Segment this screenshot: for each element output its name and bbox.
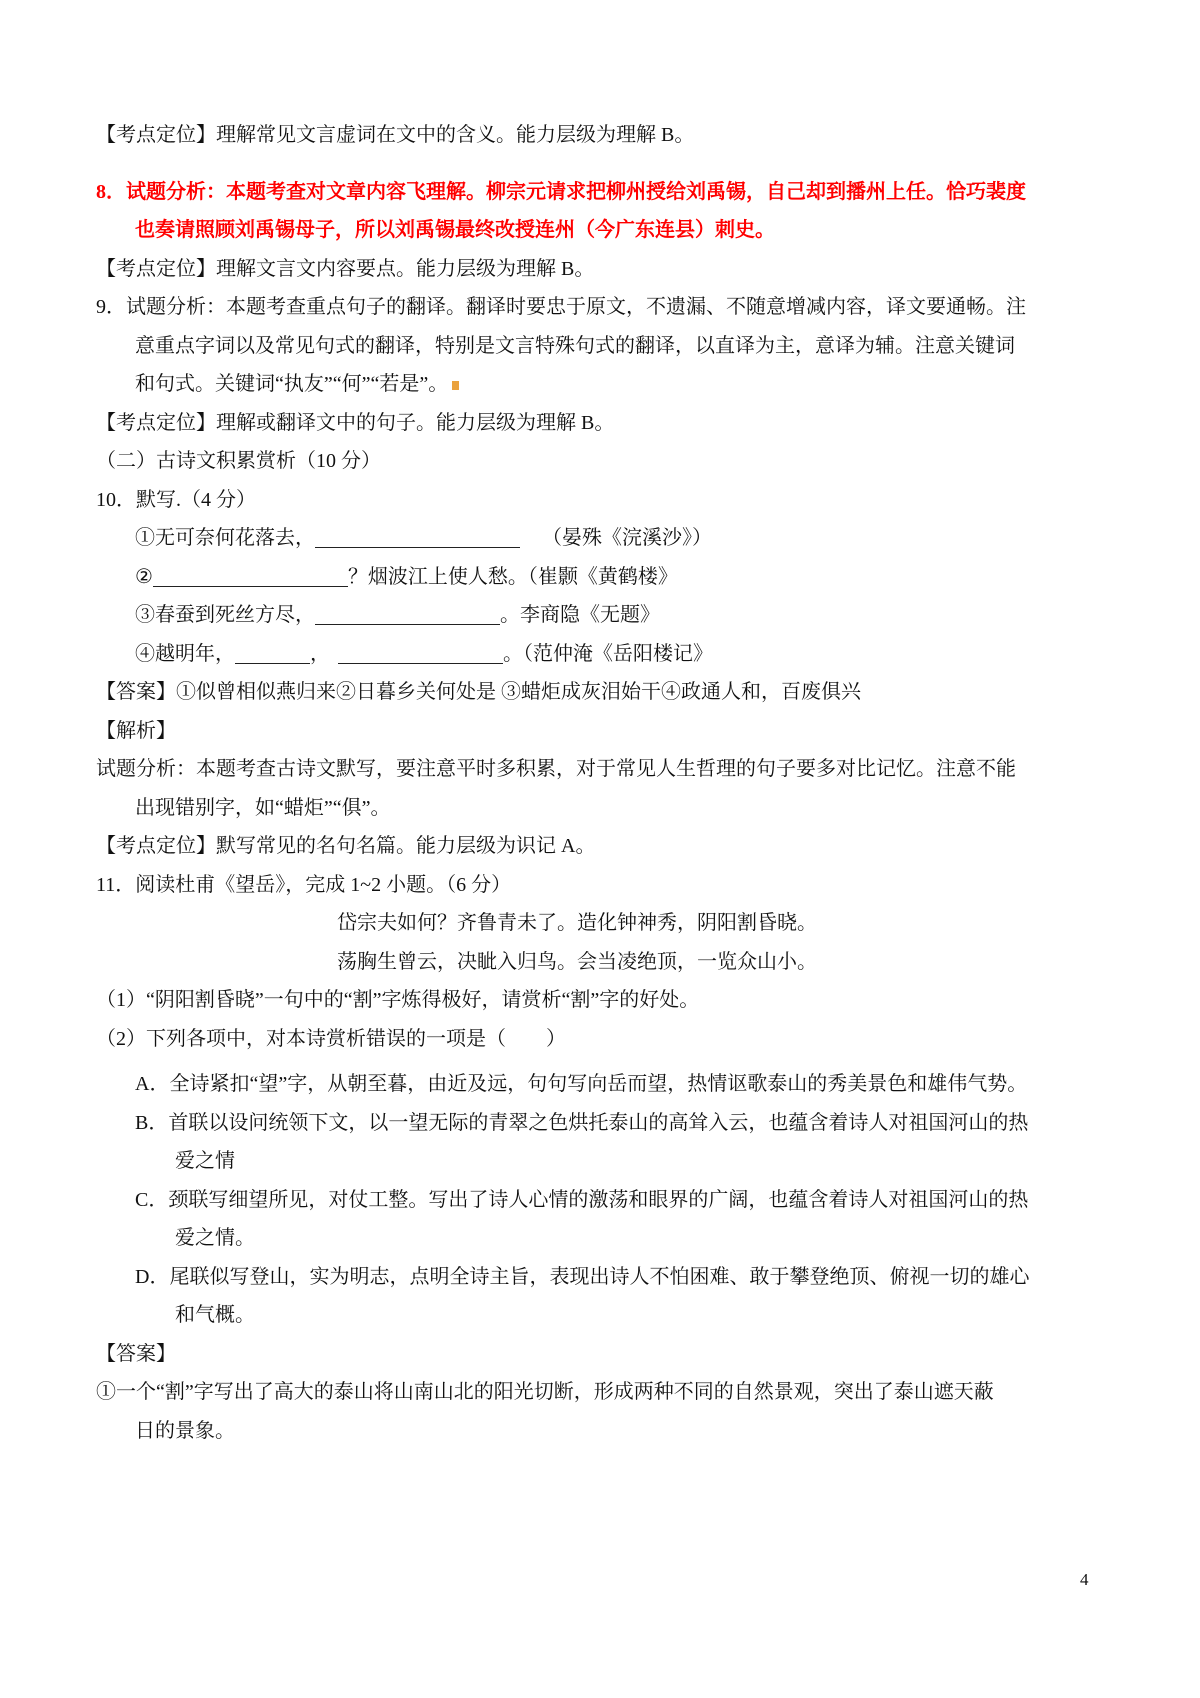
section-2-heading: （二）古诗文积累赏析（10 分） [96,442,1118,481]
option-d-line-2: 和气概。 [96,1296,1118,1335]
q8-analysis-line-1: 8．试题分析：本题考查对文章内容飞理解。柳宗元请求把柳州授给刘禹锡，自己却到播州… [96,173,1118,212]
q10-item-2-text: ② [135,566,153,588]
q11-sub2-line: （2）下列各项中，对本诗赏析错误的一项是（ ） [96,1020,1118,1059]
q10-analysis-line-1: 试题分析：本题考查古诗文默写，要注意平时多积累，对于常见人生哲理的句子要多对比记… [96,750,1118,789]
spellcheck-mark [452,381,459,390]
q10-item-4-source: 。（范仲淹《岳阳楼记》 [503,643,713,665]
q10-analysis-line-2: 出现错别字，如“蜡炬”“俱”。 [96,789,1118,828]
q11-answer-line-1: ①一个“割”字写出了高大的泰山将山南山北的阳光切断，形成两种不同的自然景观，突出… [96,1373,1118,1412]
q11-answer-label: 【答案】 [96,1335,1118,1374]
poem-line-1: 岱宗夫如何？齐鲁青未了。造化钟神秀，阴阳割昏晓。 [96,904,1118,943]
q10-item-1-source: （晏殊《浣溪沙》） [542,527,712,549]
q9-analysis-line-3: 和句式。关键词“执友”“何”“若是”。 [96,365,1118,404]
q10-item-4-comma: ， [310,643,330,665]
fill-blank-underline [315,600,500,625]
q10-heading: 10．默写.（4 分） [96,481,1118,520]
q10-item-2: ②？烟波江上使人愁。（崔颢《黄鹤楼》 [96,558,1118,597]
document-page: 【考点定位】理解常见文言虚词在文中的含义。能力层级为理解 B。 8．试题分析：本… [0,0,1200,1698]
q8-analysis-line-2: 也奏请照顾刘禹锡母子，所以刘禹锡最终改授连州（今广东连县）刺史。 [96,211,1118,250]
q10-item-4-text: ④越明年， [135,643,235,665]
q11-sub1-line: （1）“阴阳割昏晓”一句中的“割”字炼得极好，请赏析“割”字的好处。 [96,981,1118,1020]
document-content: 【考点定位】理解常见文言虚词在文中的含义。能力层级为理解 B。 8．试题分析：本… [96,116,1118,1450]
q9-analysis-line-2: 意重点字词以及常见句式的翻译，特别是文言特殊句式的翻译，以直译为主，意译为辅。注… [96,327,1118,366]
q10-item-3-text: ③春蚕到死丝方尽， [135,604,315,626]
q11-answer-line-2: 日的景象。 [96,1412,1118,1451]
fill-blank-underline [315,523,520,548]
q10-jiexi-label: 【解析】 [96,712,1118,751]
q10-item-3: ③春蚕到死丝方尽，。李商隐《无题》 [96,596,1118,635]
q10-kaodian-line: 【考点定位】默写常见的名句名篇。能力层级为识记 A。 [96,827,1118,866]
q10-item-2-source: ？烟波江上使人愁。（崔颢《黄鹤楼》 [348,566,678,588]
fill-blank-underline [153,562,348,587]
q10-item-1-text: ①无可奈何花落去， [135,527,315,549]
option-c-line-2: 爱之情。 [96,1219,1118,1258]
poem-line-2: 荡胸生曾云，决眦入归鸟。会当凌绝顶，一览众山小。 [96,943,1118,982]
option-a-line: A．全诗紧扣“望”字，从朝至暮，由近及远，句句写向岳而望，热情讴歌泰山的秀美景色… [96,1065,1118,1104]
option-c-line-1: C．颈联写细望所见，对仗工整。写出了诗人心情的激荡和眼界的广阔，也蕴含着诗人对祖… [96,1181,1118,1220]
q10-answer-line: 【答案】①似曾相似燕归来②日暮乡关何处是 ③蜡炬成灰泪始干④政通人和，百废俱兴 [96,673,1118,712]
q9-analysis-line-3-text: 和句式。关键词“执友”“何”“若是”。 [135,373,448,395]
q7-kaodian-line: 【考点定位】理解常见文言虚词在文中的含义。能力层级为理解 B。 [96,116,1118,155]
q9-analysis-line-1: 9．试题分析：本题考查重点句子的翻译。翻译时要忠于原文，不遗漏、不随意增减内容，… [96,288,1118,327]
q10-item-4: ④越明年，，。（范仲淹《岳阳楼记》 [96,635,1118,674]
page-number: 4 [1080,1570,1089,1590]
option-b-line-2: 爱之情 [96,1142,1118,1181]
q9-kaodian-line: 【考点定位】理解或翻译文中的句子。能力层级为理解 B。 [96,404,1118,443]
q10-item-1: ①无可奈何花落去，（晏殊《浣溪沙》） [96,519,1118,558]
fill-blank-underline [235,639,310,664]
option-b-line-1: B．首联以设问统领下文，以一望无际的青翠之色烘托泰山的高耸入云，也蕴含着诗人对祖… [96,1104,1118,1143]
q8-kaodian-line: 【考点定位】理解文言文内容要点。能力层级为理解 B。 [96,250,1118,289]
q11-heading: 11．阅读杜甫《望岳》，完成 1~2 小题。（6 分） [96,866,1118,905]
q10-item-3-source: 。李商隐《无题》 [500,604,660,626]
option-d-line-1: D．尾联似写登山，实为明志，点明全诗主旨，表现出诗人不怕困难、敢于攀登绝顶、俯视… [96,1258,1118,1297]
fill-blank-underline [338,639,503,664]
